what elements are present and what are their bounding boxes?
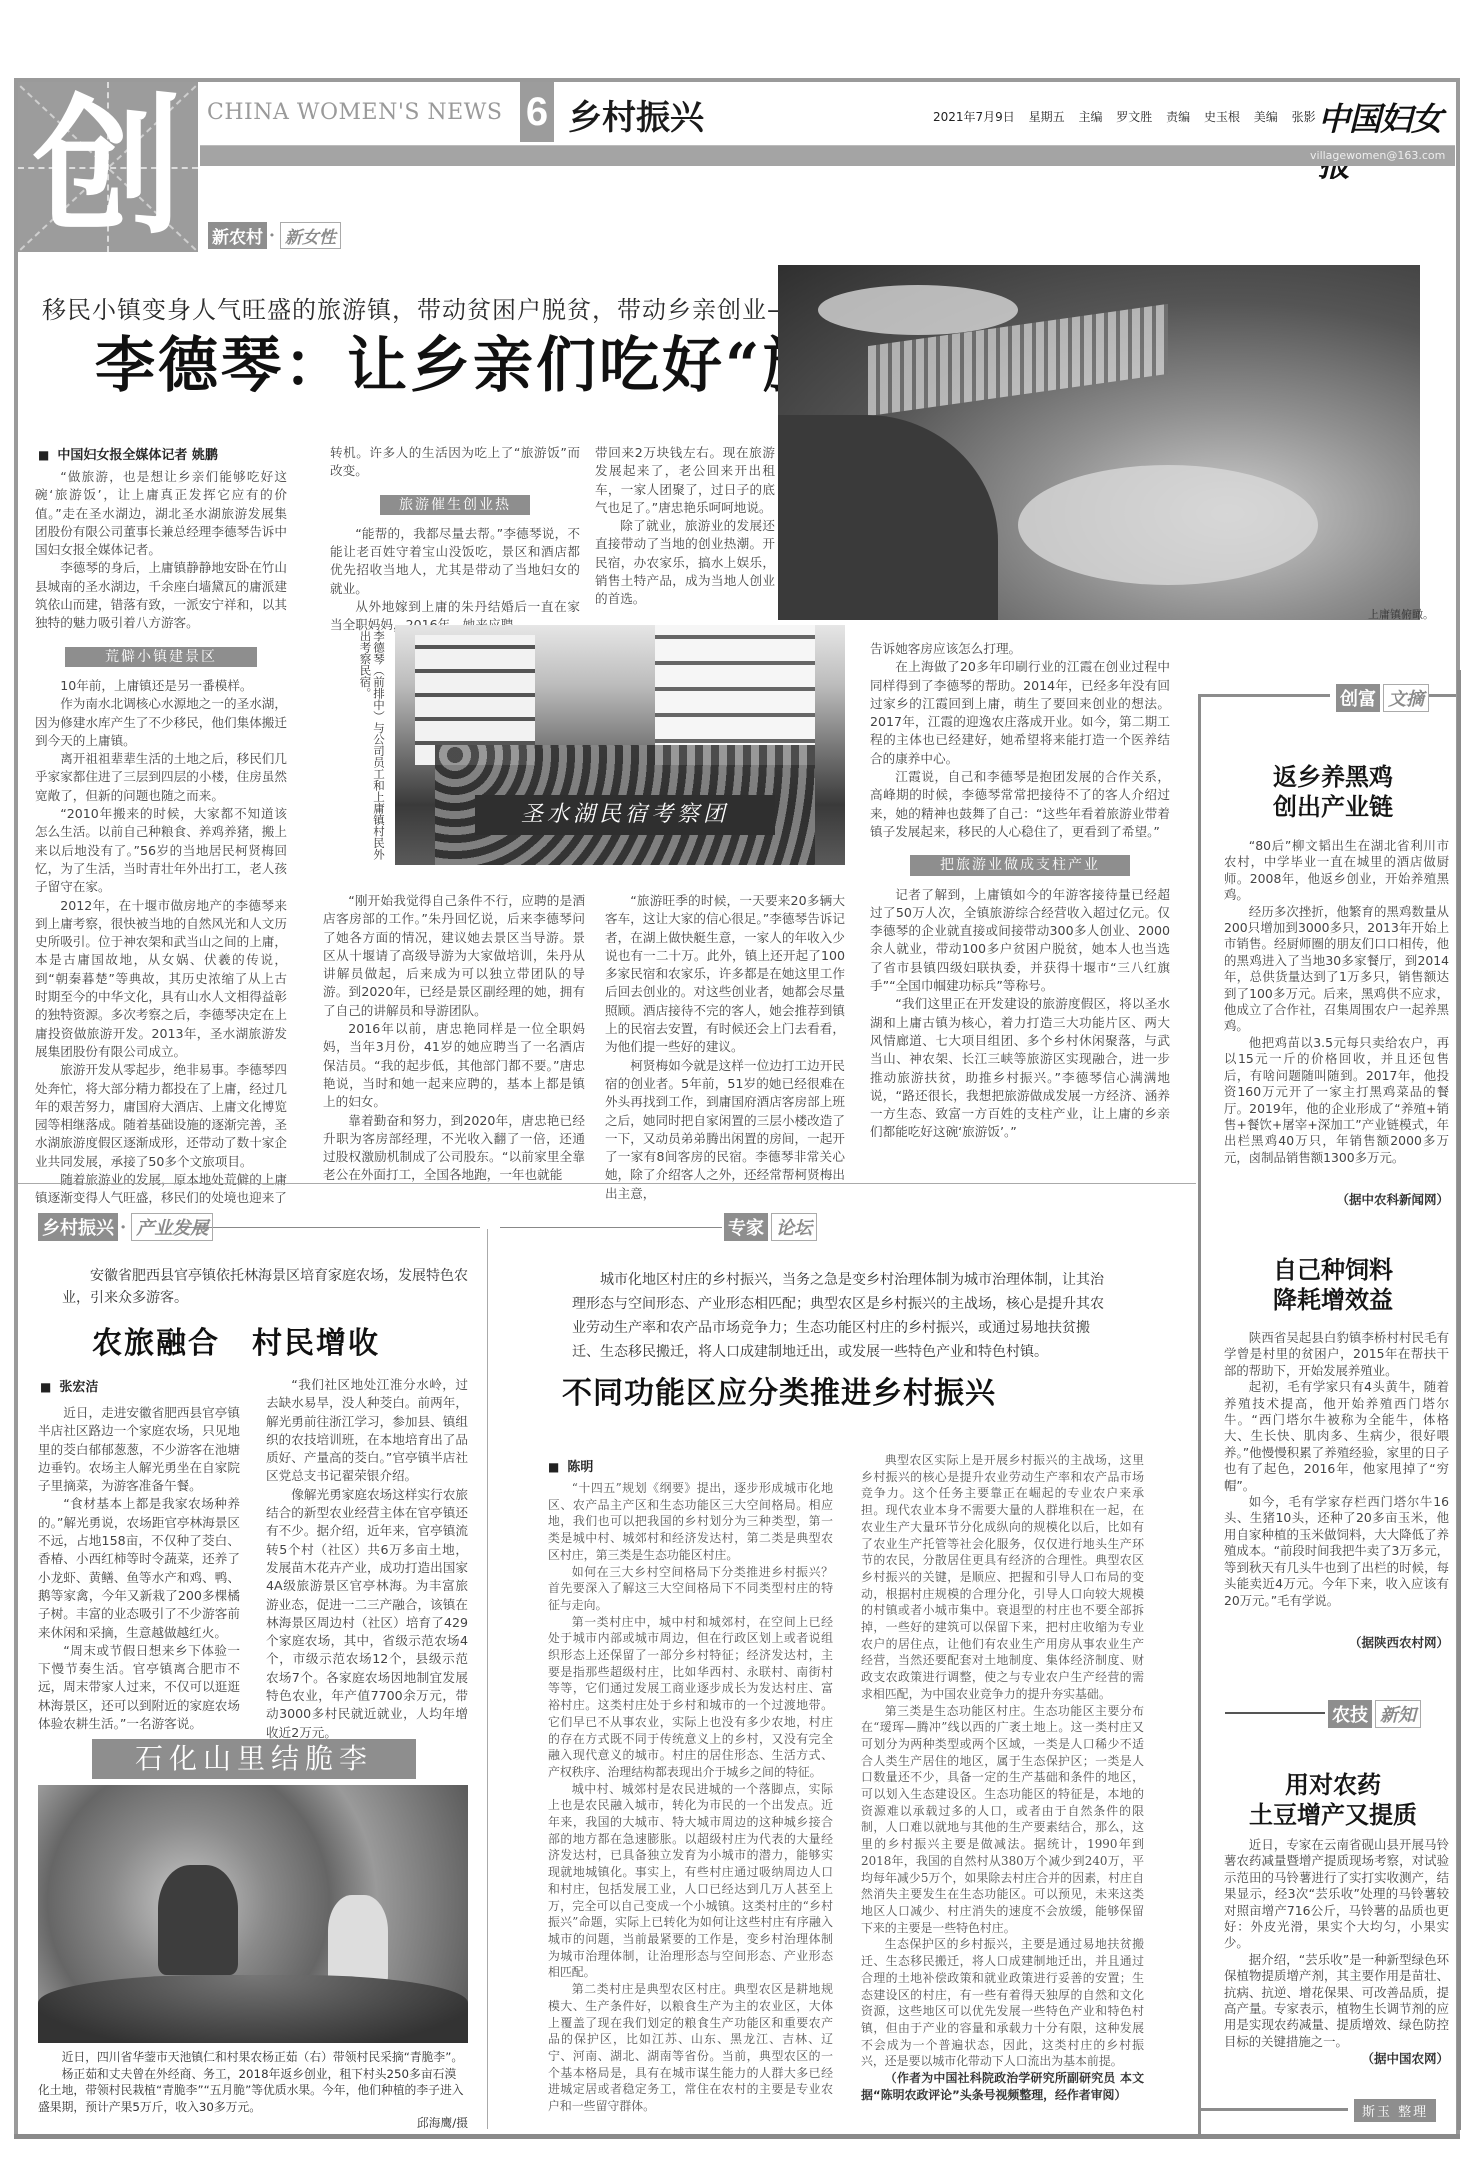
sidebar-article-2-source: （据陕西农村网） <box>1224 1633 1449 1651</box>
industry-column-1: 近日，走进安徽省肥西县官亭镇半店社区路边一个家庭农场，只见地里的茭白郁郁葱葱，不… <box>38 1404 240 1733</box>
section-title: 乡村振兴 <box>568 90 704 139</box>
forum-summary: 城市化地区村庄的乡村振兴，当务之急是变乡村治理体制为城市治理体制，让其治理形态与… <box>572 1268 1117 1364</box>
industry-column-2: “我们社区地处江淮分水岭，过去缺水易旱，没人种茭白。前两年，解光勇前往浙江学习，… <box>266 1376 468 1742</box>
page-frame-bottom <box>14 2134 1460 2139</box>
sidebar-article-1-source: （据中农科新闻网） <box>1224 1190 1449 1208</box>
masthead-band <box>200 146 1455 166</box>
lead-column-2: 转机。许多人的生活因为吃上了“旅游饭”而改变。 旅游催生创业热 “能帮的，我都尽… <box>330 444 580 635</box>
sidebar-article-3-source: （据中国农网） <box>1224 2049 1449 2067</box>
industry-headline: 农旅融合 村民增收 <box>92 1318 380 1362</box>
column-tag-expert-forum: 专家 论坛 <box>724 1213 817 1241</box>
sidebar-frame-right <box>1457 670 1461 2130</box>
column-tag-new-village: 新农村 · 新女性 <box>208 222 341 249</box>
photo-story-title: 石化山里结脆李 <box>92 1739 416 1779</box>
responsible-editor: 责编 史玉根 <box>1166 110 1240 124</box>
lead-column-3-lower: “旅游旺季的时候，一天要来20多辆大客车，这让大家的信心很足。”李德琴告诉记者，… <box>605 892 845 1203</box>
subhead-3: 把旅游业做成支柱产业 <box>910 855 1130 875</box>
divider-line <box>178 1227 480 1228</box>
vertical-divider <box>487 1229 488 2129</box>
sidebar-article-3-title: 用对农药 土豆增产又提质 <box>1218 1770 1448 1830</box>
sidebar-article-1-title: 返乡养黑鸡 创出产业链 <box>1218 762 1448 822</box>
issue-meta: 2021年7月9日 星期五 主编 罗文胜 责编 史玉根 美编 张影 <box>933 108 1316 125</box>
column-tag-agri-tech: 农技 新知 <box>1328 1700 1421 1728</box>
emblem-character: 创 <box>18 82 198 252</box>
contact-email[interactable]: villagewomen@163.com <box>1310 149 1445 162</box>
art-editor: 美编 张影 <box>1254 110 1316 124</box>
divider-line <box>1198 2108 1348 2111</box>
newspaper-english-name: CHINA WOMEN'S NEWS <box>207 100 502 125</box>
group-photo-homestay-team: 圣水湖民宿考察团 <box>395 625 845 865</box>
lead-column-3: 带回来2万块钱左右。现在旅游发展起来了，老公回来开出租车，一家人团聚了，过日子的… <box>595 444 775 609</box>
industry-kicker: 安徽省肥西县官亭镇依托林海景区培育家庭农场，发展特色农业，引来众多游客。 <box>62 1265 482 1309</box>
column-tag-industry: 乡村振兴 · 产业发展 <box>38 1213 213 1241</box>
sidebar-editor-credit: 斯玉 整理 <box>1354 2099 1436 2122</box>
photo-banner-text: 圣水湖民宿考察团 <box>475 795 775 835</box>
industry-byline: 张宏洁 <box>40 1376 98 1395</box>
chief-editor: 主编 罗文胜 <box>1078 110 1152 124</box>
column-tag-wealth-digest: 创富 文摘 <box>1330 684 1429 712</box>
page-number: 6 <box>520 82 554 142</box>
lead-column-2-lower: “刚开始我觉得自己条件不行，应聘的是酒店客房部的工作。”朱丹回忆说，后来李德琴问… <box>323 892 585 1185</box>
issue-date: 2021年7月9日 <box>933 110 1015 124</box>
lead-column-1: “做旅游，也是想让乡亲们能够吃好这碗‘旅游饭’，让上庸真正发挥它应有的价值。”走… <box>35 468 287 1208</box>
photo-story-caption: 近日，四川省华蓥市天池镇仁和村果农杨正茹（右）带领村民采摘“青脆李”。 杨正茹和… <box>38 2049 468 2132</box>
forum-headline: 不同功能区应分类推进乡村振兴 <box>562 1368 996 1412</box>
horizontal-divider <box>18 1183 1196 1184</box>
subhead-2: 旅游催生创业热 <box>380 495 530 515</box>
newspaper-logo: 中国妇女报 <box>1318 94 1472 186</box>
group-photo-caption: 李德琴（前排中）与公司员工和上庸镇村民外出考察民宿。 <box>345 630 385 870</box>
divider-line <box>1225 1712 1325 1714</box>
photo-plum-harvest <box>38 1785 468 2043</box>
forum-byline: 陈明 <box>548 1456 593 1475</box>
sidebar-article-2-title: 自己种饲料 降耗增效益 <box>1218 1255 1448 1315</box>
sidebar-article-2-body: 陕西省吴起县白豹镇李桥村村民毛有学曾是村里的贫困户，2015年在帮扶干部的帮助下… <box>1224 1330 1449 1609</box>
sidebar-article-3-body: 近日，专家在云南省砚山县开展马铃薯农药减量暨增产提质现场考察，对试验示范田的马铃… <box>1224 1837 1449 2050</box>
forum-column-1: “十四五”规划《纲要》提出，逐步形成城市化地区、农产品主产区和生态功能区三大空间… <box>548 1480 833 2115</box>
subhead-1: 荒僻小镇建景区 <box>65 647 257 667</box>
lead-column-4: 告诉她客房应该怎么打理。 在上海做了20多年印刷行业的江霞在创业过程中同样得到了… <box>870 640 1170 1142</box>
aerial-photo-shangyong-town <box>778 265 1420 620</box>
section-emblem: 创 <box>18 82 198 252</box>
sidebar-article-1-body: “80后”柳文韬出生在湖北省利川市农村，中学毕业一直在城里的酒店做厨师。2008… <box>1224 838 1449 1166</box>
divider-line <box>500 1227 722 1228</box>
forum-column-2: 典型农区实际上是开展乡村振兴的主战场，这里乡村振兴的核心是提升农业劳动生产率和农… <box>861 1452 1144 2103</box>
issue-weekday: 星期五 <box>1029 110 1065 124</box>
lead-byline: 中国妇女报全媒体记者 姚鹏 <box>38 444 218 463</box>
photo-credit: 邱海鹰/摄 <box>417 2115 468 2132</box>
photo-caption: 上庸镇俯瞰。 <box>1368 606 1434 622</box>
author-note: （作者为中国社科院政治学研究所副研究员 本文据“陈明农政评论”头条号视频整理，经… <box>861 2070 1144 2103</box>
